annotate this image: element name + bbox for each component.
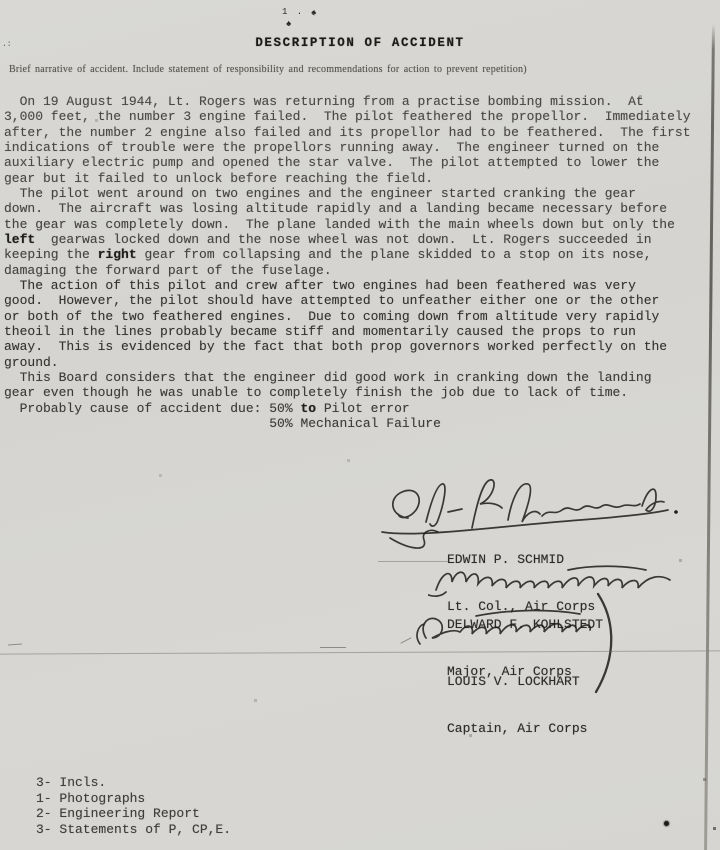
enclosure-item: 1- Photographs: [36, 791, 231, 807]
enclosure-item: 3- Incls.: [36, 775, 231, 791]
ink-smudge-mark: 1 .: [282, 7, 304, 17]
body-line: or both of the two feathered engines. Du…: [4, 309, 704, 324]
stray-pen-dash: [400, 637, 411, 644]
form-instruction-text: Brief narrative of accident. Include sta…: [9, 64, 649, 75]
body-line: down. The aircraft was losing altitude r…: [4, 201, 704, 216]
body-line: damaging the forward part of the fuselag…: [4, 263, 704, 278]
body-line: The pilot went around on two engines and…: [4, 186, 704, 201]
body-line: Probably cause of accident due: 50% to P…: [4, 401, 704, 416]
body-line: the gear was completely down. The plane …: [4, 217, 704, 232]
enclosure-item: 2- Engineering Report: [36, 806, 231, 822]
stray-pen-dash: [320, 647, 346, 648]
body-line: This Board considers that the engineer d…: [4, 370, 704, 385]
body-text: On 19 August 1944, Lt. Rogers was return…: [4, 94, 704, 431]
body-line: good. However, the pilot should have att…: [4, 293, 704, 308]
body-line: keeping the right gear from collapsing a…: [4, 247, 704, 262]
enclosure-item: 3- Statements of P, CP,E.: [36, 822, 231, 838]
stray-pen-dash: [8, 644, 22, 646]
body-line: On 19 August 1944, Lt. Rogers was return…: [4, 94, 704, 109]
body-line: left gearwas locked down and the nose wh…: [4, 232, 704, 247]
body-line: theoil in the lines probably became stif…: [4, 324, 704, 339]
body-line: gear even though he was unable to comple…: [4, 385, 704, 400]
body-line: 50% Mechanical Failure: [4, 416, 704, 431]
body-line: auxiliary electric pump and opened the s…: [4, 155, 704, 170]
ink-smudge-mark: ♠: [286, 19, 291, 29]
signer-title: Captain, Air Corps: [447, 721, 587, 737]
enclosure-list: 3- Incls.1- Photographs2- Engineering Re…: [36, 775, 231, 837]
body-line: gear but it failed to unlock before reac…: [4, 171, 704, 186]
body-line: ground.: [4, 355, 704, 370]
accident-report-page: 1 . ♠ ♠ .: DESCRIPTION OF ACCIDENT Brief…: [0, 0, 720, 850]
body-line: The action of this pilot and crew after …: [4, 278, 704, 293]
document-title: DESCRIPTION OF ACCIDENT: [0, 36, 720, 50]
body-line: indications of trouble were the propello…: [4, 140, 704, 155]
ink-smudge-mark: ♠: [310, 8, 317, 19]
signer-name: LOUIS V. LOCKHART: [447, 674, 587, 690]
body-line: away. This is evidenced by the fact that…: [4, 339, 704, 354]
body-line: 3,000 feet, the number 3 engine failed. …: [4, 109, 704, 124]
signature-block-lockhart: LOUIS V. LOCKHART Captain, Air Corps: [447, 643, 587, 767]
page-edge-scan-line: [704, 24, 714, 850]
body-line: after, the number 2 engine also failed a…: [4, 125, 704, 140]
ink-dot: [664, 821, 669, 826]
paper-specks: [0, 0, 1, 1]
